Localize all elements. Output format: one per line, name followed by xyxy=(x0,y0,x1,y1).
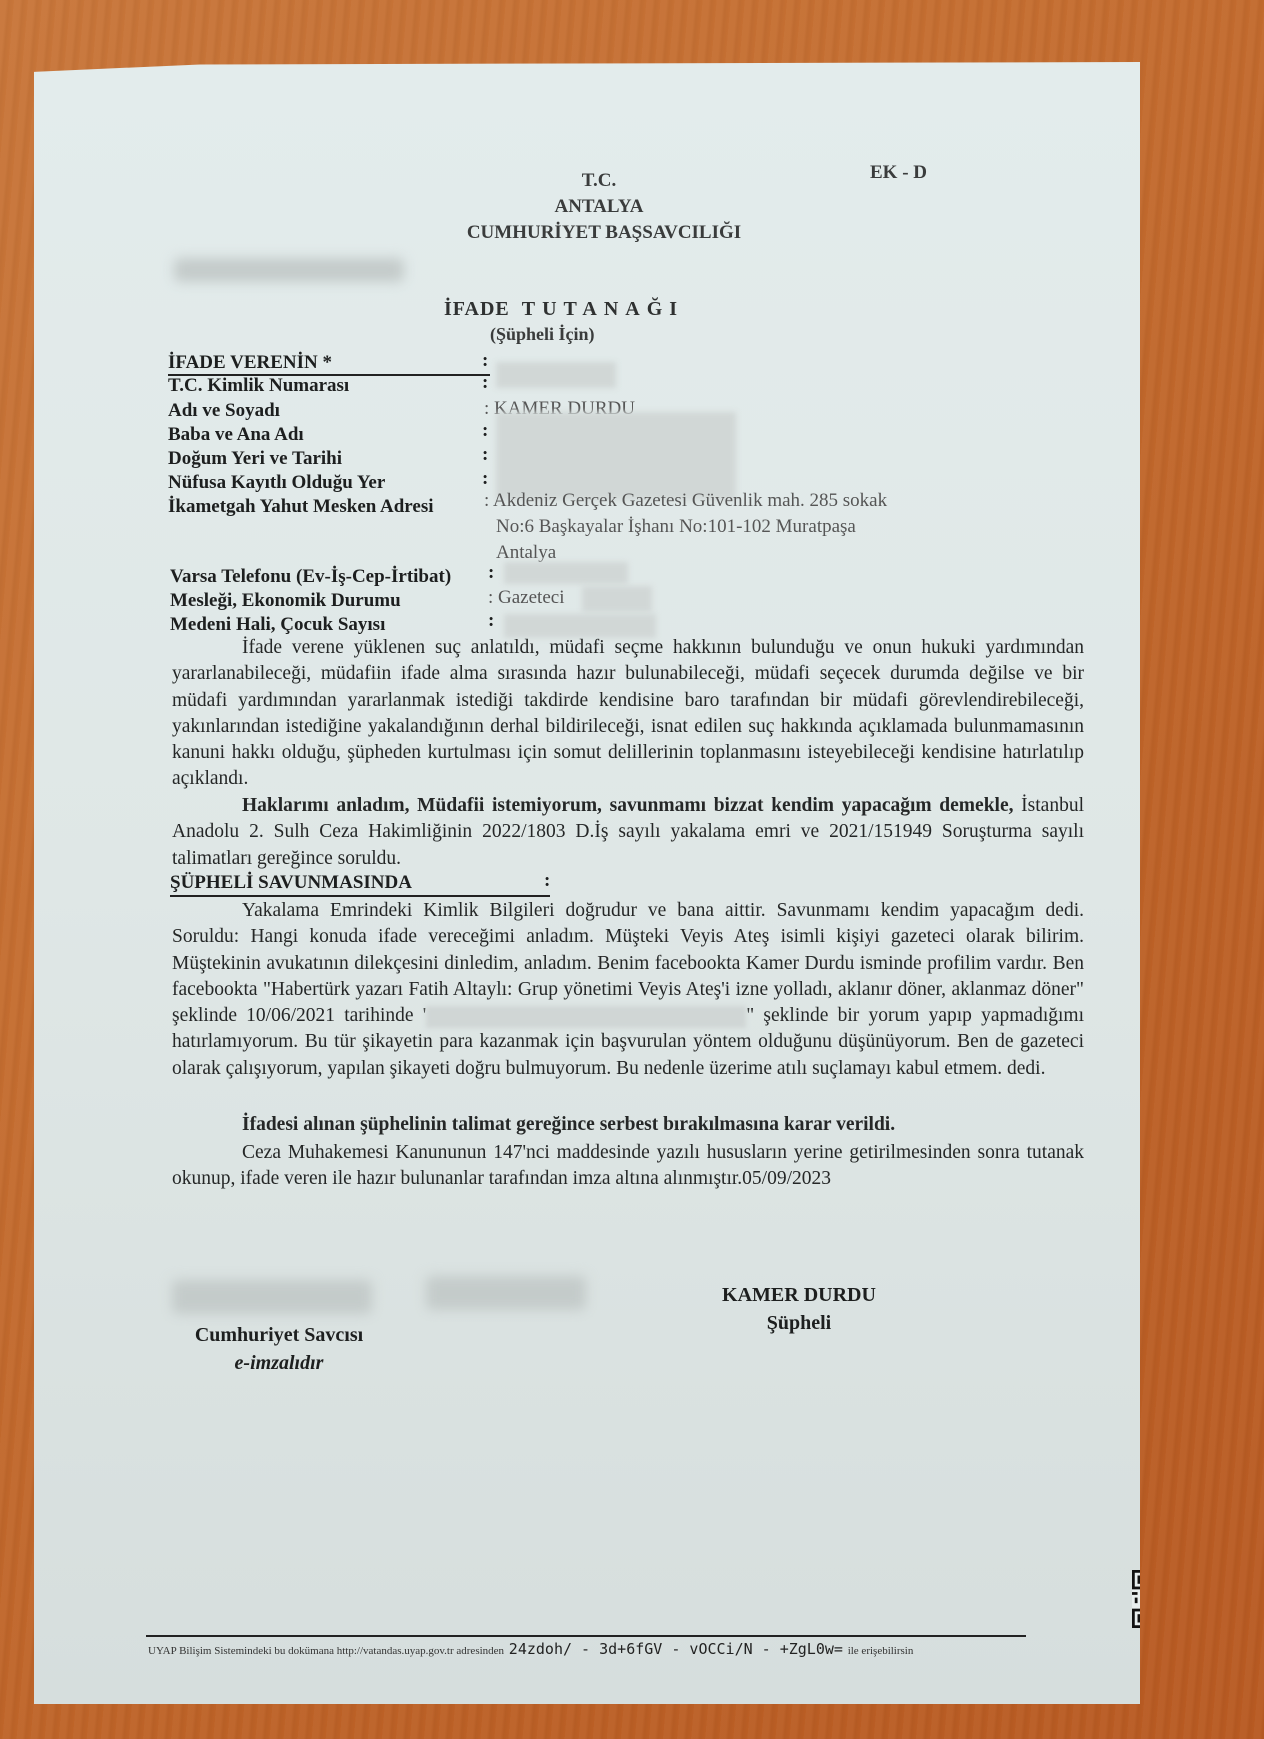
redacted-comment xyxy=(426,1006,746,1028)
field-colon: : xyxy=(482,444,488,466)
field-label-medeni-hal: Medeni Hali, Çocuk Sayısı xyxy=(170,614,385,636)
verification-code: 24zdoh/ - 3d+6fGV - vOCCi/N - +ZgL0w= xyxy=(509,1640,843,1658)
field-label-ikametgah: İkametgah Yahut Mesken Adresi xyxy=(168,496,434,518)
field-label-nufus-kayit: Nüfusa Kayıtlı Olduğu Yer xyxy=(168,472,385,494)
suspect-role: Şüpheli xyxy=(684,1312,914,1335)
suspect-name: KAMER DURDU xyxy=(684,1284,914,1307)
field-label-telefon: Varsa Telefonu (Ev-İş-Cep-İrtibat) xyxy=(170,566,451,588)
section-label-ifade-verenin: İFADE VERENİN * xyxy=(168,352,332,374)
field-colon: : xyxy=(488,610,494,632)
document-page: T.C. ANTALYA CUMHURİYET BAŞSAVCILIĞI EK … xyxy=(34,62,1140,1704)
field-value-ikametgah-line3: Antalya xyxy=(496,542,556,564)
footer-prefix: UYAP Bilişim Sistemindeki bu dokümana ht… xyxy=(148,1645,504,1657)
field-label-adi-soyadi: Adı ve Soyadı xyxy=(168,400,280,422)
redacted-prosecutor-name xyxy=(172,1280,372,1314)
redacted-clerk-name xyxy=(426,1276,586,1310)
annex-label: EK - D xyxy=(870,162,927,184)
redacted-value xyxy=(496,362,616,388)
redacted-value xyxy=(496,412,736,500)
field-colon: : xyxy=(482,468,488,490)
footer-divider xyxy=(146,1635,1026,1637)
title-word-tutanagi: TUTANAĞI xyxy=(522,298,684,320)
footer-verification: UYAP Bilişim Sistemindeki bu dokümana ht… xyxy=(148,1640,913,1658)
field-label-meslek: Mesleği, Ekonomik Durumu xyxy=(170,590,401,612)
defense-paragraph: Yakalama Emrindeki Kimlik Bilgileri doğr… xyxy=(172,898,1084,1082)
redacted-reference xyxy=(174,258,404,282)
field-label-tc-kimlik: T.C. Kimlik Numarası xyxy=(168,375,349,397)
waiver-paragraph: Haklarımı anladım, Müdafii istemiyorum, … xyxy=(172,793,1084,872)
field-value-ikametgah-line2: No:6 Başkayalar İşhanı No:101-102 Muratp… xyxy=(496,516,856,538)
field-label-dogum-yeri-tarihi: Doğum Yeri ve Tarihi xyxy=(168,448,342,470)
prosecutor-title: Cumhuriyet Savcısı xyxy=(164,1324,394,1347)
waiver-statement: Haklarımı anladım, Müdafii istemiyorum, … xyxy=(242,795,1014,816)
defense-underline xyxy=(170,895,550,897)
footer-suffix: ile erişebilirsin xyxy=(848,1645,914,1657)
header-institution: CUMHURİYET BAŞSAVCILIĞI xyxy=(394,222,814,244)
release-decision: İfadesi alınan şüphelinin talimat gereği… xyxy=(172,1112,1084,1138)
field-colon: : xyxy=(488,562,494,584)
document-title: İFADE TUTANAĞI xyxy=(444,298,684,321)
defense-section-label: ŞÜPHELİ SAVUNMASINDA xyxy=(170,872,412,894)
header-tc: T.C. xyxy=(494,170,704,192)
field-colon: : xyxy=(544,870,550,892)
field-value-meslek: : Gazeteci xyxy=(488,587,564,609)
document-subtitle: (Şüpheli İçin) xyxy=(490,324,595,345)
header-city: ANTALYA xyxy=(494,196,704,218)
e-signature-note: e-imzalıdır xyxy=(164,1352,394,1375)
rights-paragraph: İfade verene yüklenen suç anlatıldı, müd… xyxy=(172,635,1084,793)
closing-paragraph: Ceza Muhakemesi Kanununun 147'nci maddes… xyxy=(172,1140,1084,1193)
field-value-ikametgah-line1: : Akdeniz Gerçek Gazetesi Güvenlik mah. … xyxy=(484,490,887,512)
field-colon: : xyxy=(482,350,488,372)
field-colon: : xyxy=(482,420,488,442)
title-word-ifade: İFADE xyxy=(444,298,510,320)
field-colon: : xyxy=(482,372,488,394)
redacted-value xyxy=(504,562,628,584)
redacted-value xyxy=(582,586,652,612)
field-label-baba-ana-adi: Baba ve Ana Adı xyxy=(168,424,304,446)
